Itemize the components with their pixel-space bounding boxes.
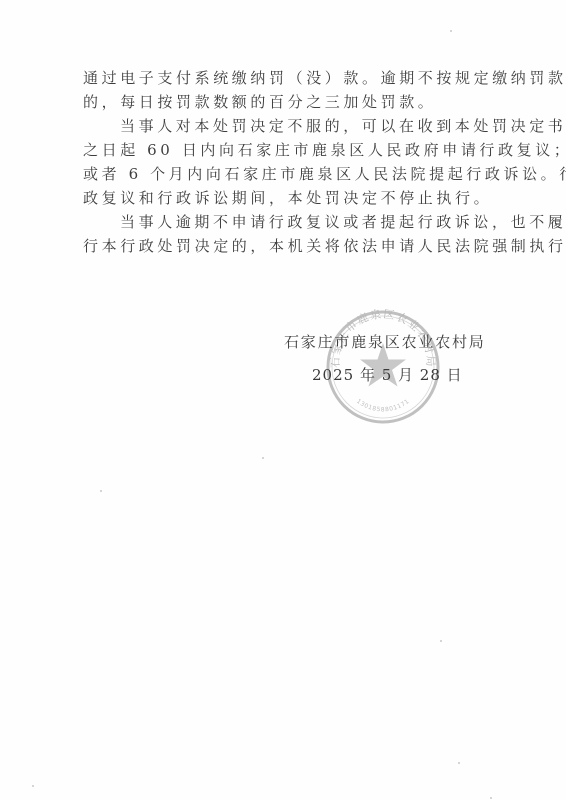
svg-text:1301858801171: 1301858801171 [355,398,411,414]
scan-speck [440,640,442,642]
paragraph-3-line-2: 行本行政处罚决定的，本机关将依法申请人民法院强制执行。 [83,234,483,258]
paragraph-2-line-1: 当事人对本处罚决定不服的，可以在收到本处罚决定书 [83,114,483,138]
paragraph-1-line-2: 的，每日按罚款数额的百分之三加处罚款。 [83,90,483,114]
paragraph-1-line-1: 通过电子支付系统缴纳罚（没）款。逾期不按规定缴纳罚款 [83,66,483,90]
signature-date: 2025 年 5 月 28 日 [312,364,463,386]
scan-speck [100,490,102,492]
paragraph-3-line-1: 当事人逾期不申请行政复议或者提起行政诉讼，也不履 [83,210,483,234]
scan-speck [490,797,492,799]
scan-speck [262,457,264,459]
paragraph-2-line-2: 之日起 60 日内向石家庄市鹿泉区人民政府申请行政复议； [83,138,483,162]
paragraph-2-line-4: 政复议和行政诉讼期间，本处罚决定不停止执行。 [83,186,483,210]
scan-speck [450,30,452,32]
scan-speck [32,785,34,787]
scan-speck [458,762,460,764]
seal-number: 1301858801171 [355,398,411,414]
document-page: 通过电子支付系统缴纳罚（没）款。逾期不按规定缴纳罚款 的，每日按罚款数额的百分之… [0,0,566,800]
document-body: 通过电子支付系统缴纳罚（没）款。逾期不按规定缴纳罚款 的，每日按罚款数额的百分之… [83,66,483,258]
paragraph-2-line-3: 或者 6 个月内向石家庄市鹿泉区人民法院提起行政诉讼。行 [83,162,483,186]
signature-organization: 石家庄市鹿泉区农业农村局 [284,331,486,353]
